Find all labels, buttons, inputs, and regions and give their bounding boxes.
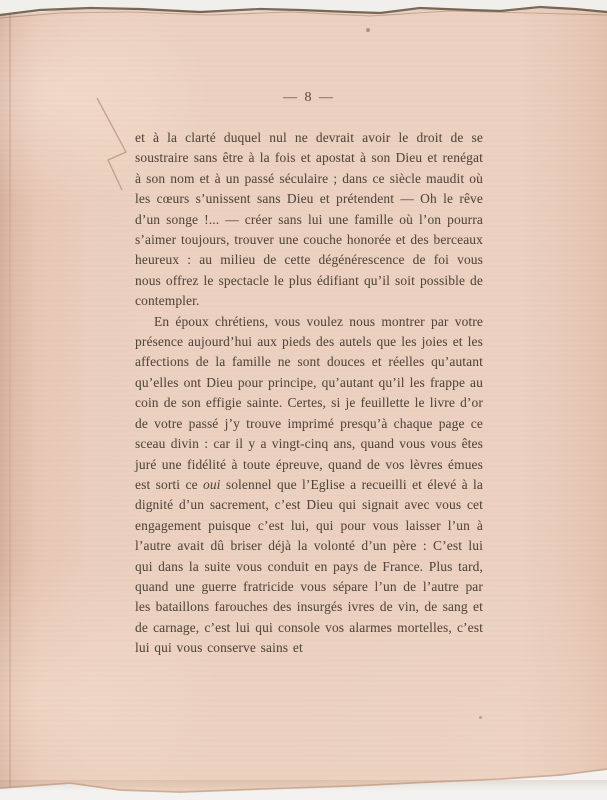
page-content: — 8 — et à la clarté duquel nul ne devra… (135, 88, 483, 659)
paper-speck (366, 28, 370, 32)
paper-speck (479, 716, 482, 719)
paragraph-text: En époux chrétiens, vous voulez nous mon… (135, 314, 483, 492)
page-number: — 8 — (135, 88, 483, 108)
paragraph-second: En époux chrétiens, vous voulez nous mon… (135, 312, 483, 659)
gutter-fold-line (9, 14, 11, 788)
paragraph-continuation: et à la clarté duquel nul ne devrait avo… (135, 128, 483, 312)
paragraph-text: solennel que l’Eglise a recueilli et éle… (135, 477, 483, 655)
scanned-book-page: — 8 — et à la clarté duquel nul ne devra… (0, 0, 607, 800)
italic-word: oui (203, 477, 221, 492)
paper-sheet: — 8 — et à la clarté duquel nul ne devra… (0, 0, 607, 800)
